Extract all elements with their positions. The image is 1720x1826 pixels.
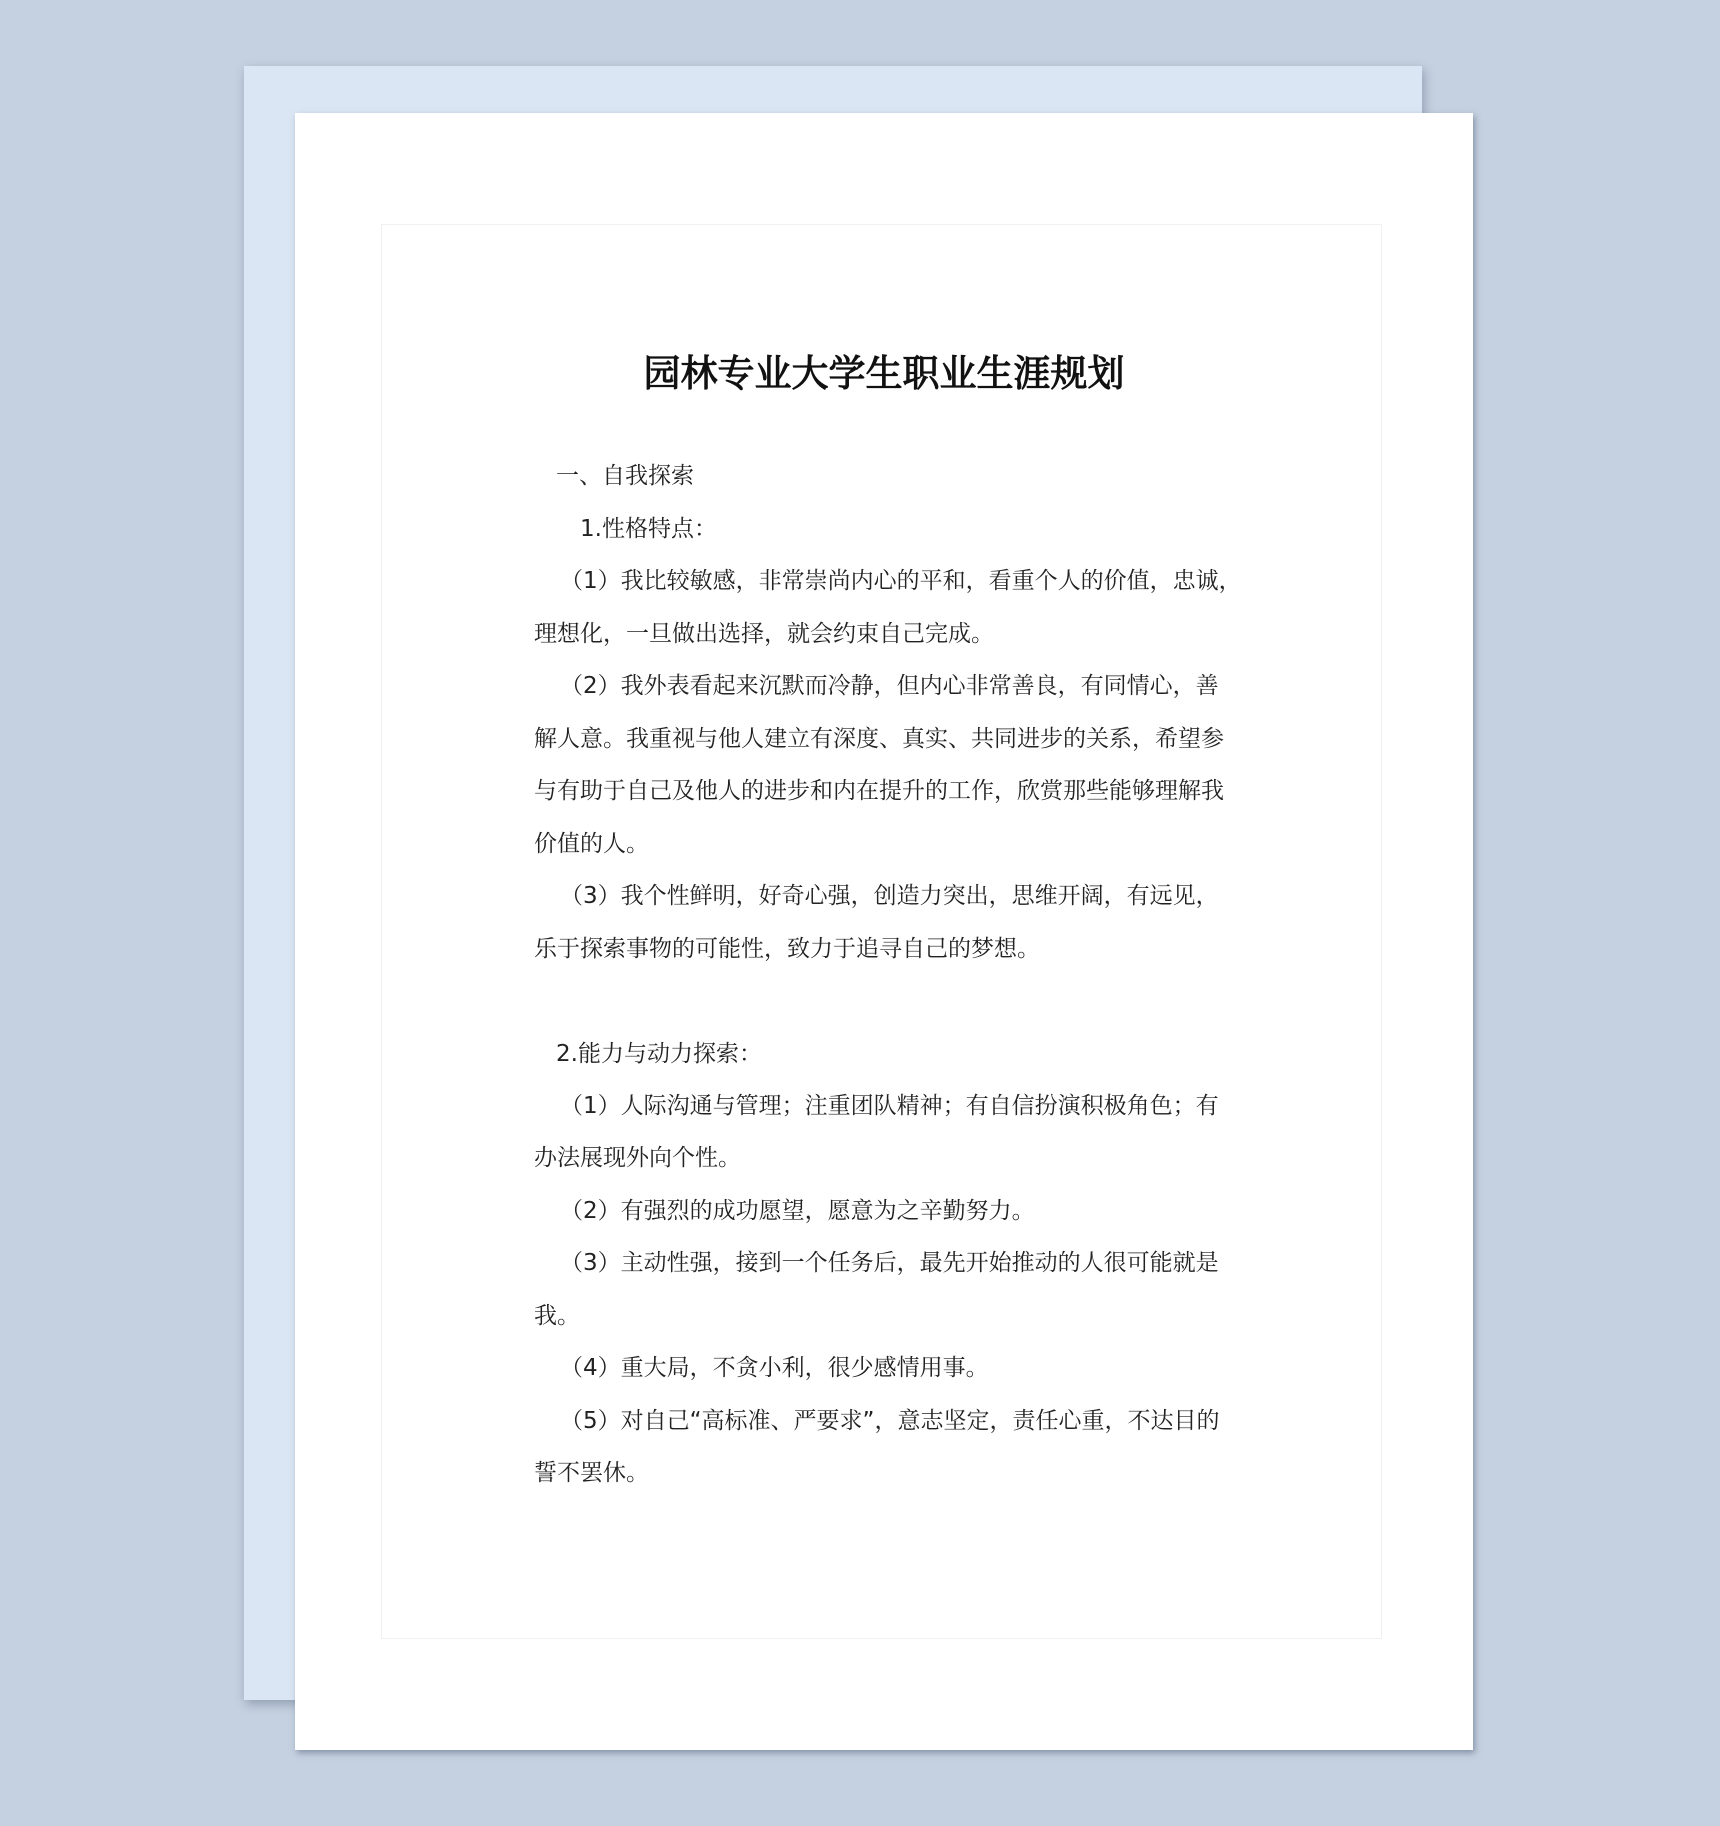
paragraph-line: 解人意。我重视与他人建立有深度、真实、共同进步的关系，希望参: [534, 723, 1224, 755]
paragraph-line: 誓不罢休。: [534, 1457, 649, 1489]
subheading-ability-motivation: 2.能力与动力探索：: [556, 1038, 762, 1070]
document-page: 园林专业大学生职业生涯规划 一、自我探索 1.性格特点： （1）我比较敏感，非常…: [295, 113, 1473, 1750]
paragraph-line: 与有助于自己及他人的进步和内在提升的工作，欣赏那些能够理解我: [534, 775, 1224, 807]
paragraph-line: （3）主动性强，接到一个任务后，最先开始推动的人很可能就是: [560, 1247, 1219, 1279]
paragraph-line: （2）我外表看起来沉默而冷静，但内心非常善良，有同情心，善: [560, 670, 1219, 702]
paragraph-line: （2）有强烈的成功愿望，愿意为之辛勤努力。: [560, 1195, 1035, 1227]
document-title: 园林专业大学生职业生涯规划: [295, 349, 1473, 397]
paragraph-line: （3）我个性鲜明，好奇心强，创造力突出，思维开阔，有远见，: [560, 880, 1219, 912]
paragraph-line: （4）重大局，不贪小利，很少感情用事。: [560, 1352, 989, 1384]
paragraph-line: 理想化，一旦做出选择，就会约束自己完成。: [534, 618, 994, 650]
paragraph-line: （1）我比较敏感，非常崇尚内心的平和，看重个人的价值，忠诚，: [560, 565, 1242, 597]
paragraph-line: （1）人际沟通与管理；注重团队精神；有自信扮演积极角色；有: [560, 1090, 1219, 1122]
paragraph-line: （5）对自己“高标准、严要求”，意志坚定，责任心重，不达目的: [560, 1405, 1219, 1437]
subheading-personality: 1.性格特点：: [580, 513, 717, 545]
paragraph-line: 乐于探索事物的可能性，致力于追寻自己的梦想。: [534, 933, 1040, 965]
paragraph-line: 价值的人。: [534, 828, 649, 860]
section-heading-self-exploration: 一、自我探索: [556, 460, 694, 492]
paragraph-line: 办法展现外向个性。: [534, 1142, 741, 1174]
paragraph-line: 我。: [534, 1300, 580, 1332]
